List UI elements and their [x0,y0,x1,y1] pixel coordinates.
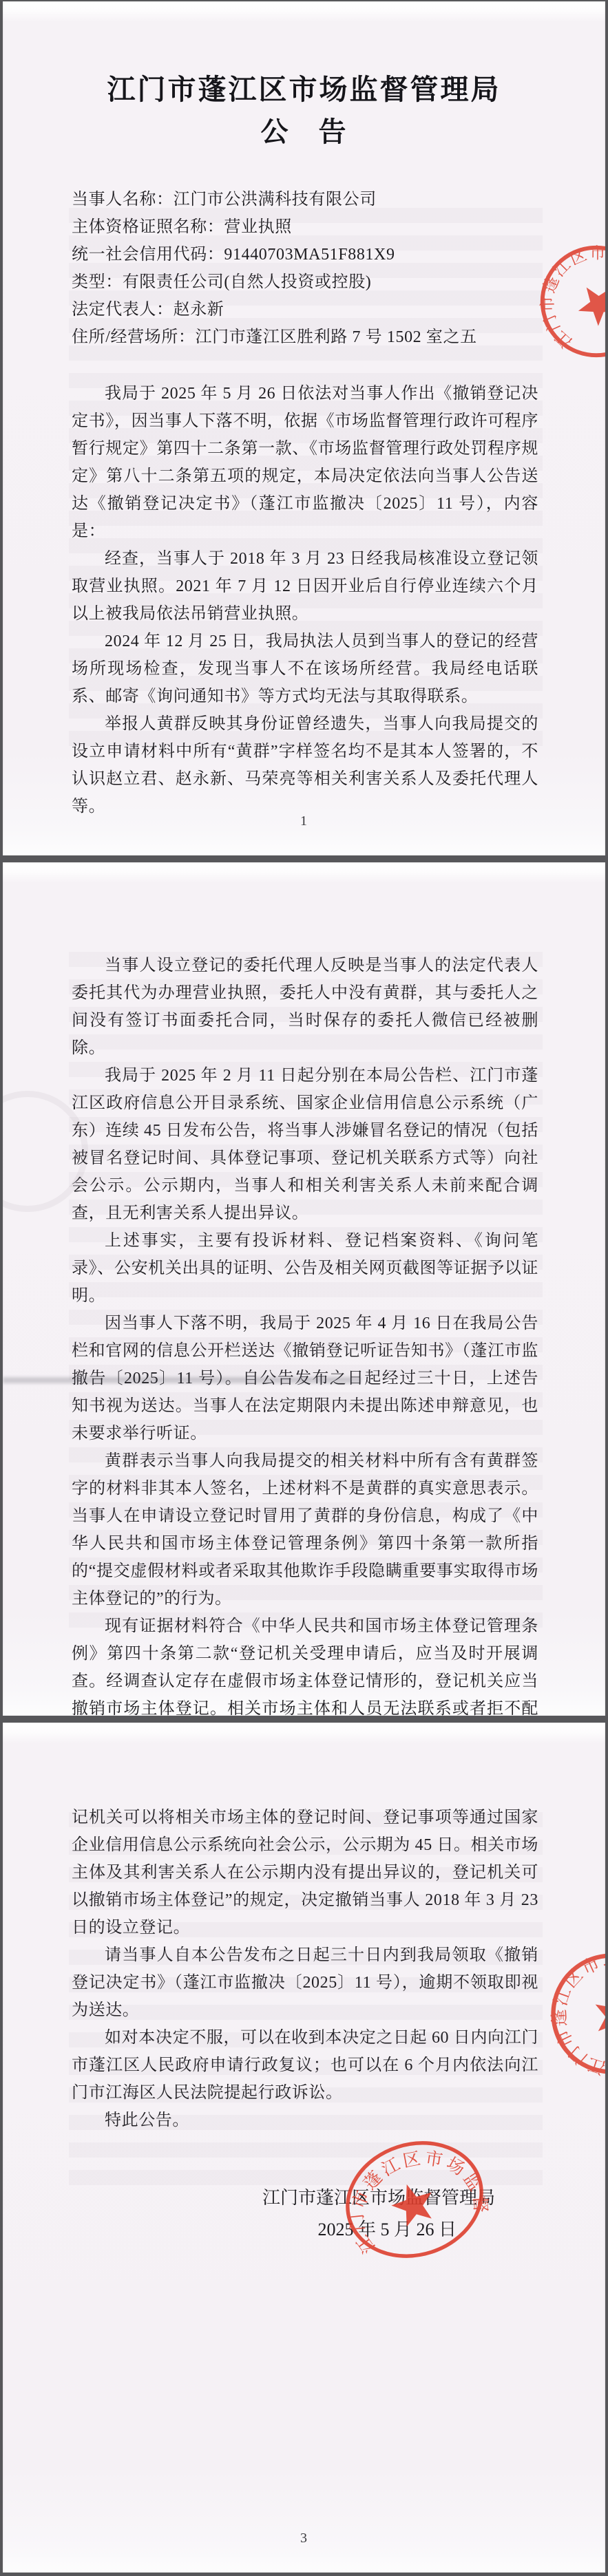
page-title: 江门市蓬江区市场监督管理局 [3,1,605,109]
page-number: 1 [3,813,605,829]
bleed-through-texture [69,208,543,758]
page-2: 当事人设立登记的委托代理人反映是当事人的法定代表人委托其代为办理营业执照，委托人… [3,862,605,1716]
scan-artifact [3,1377,361,1383]
official-seal-partial: 江门市蓬江区市场监督管理局 [536,241,605,362]
seal-text: 江门市蓬江区市场监督管理局 [536,241,605,361]
page-number: 2 [3,1674,605,1690]
bleed-through-texture [69,952,543,1640]
svg-text:江门市蓬江区市场监督管理局: 江门市蓬江区市场监督管理局 [536,241,605,361]
seal-text: 江门市蓬江区市场监督管理局 [546,1948,605,2079]
svg-text:江门市蓬江区市场监督管理局: 江门市蓬江区市场监督管理局 [546,1948,605,2079]
page-1: 江门市蓬江区市场监督管理局 公 告 当事人名称：江门市公洪满科技有限公司 主体资… [3,1,605,855]
signature-date: 2025 年 5 月 26 日 [3,2214,605,2246]
page-3: 记机关可以将相关市场主体的登记时间、登记事项等通过国家企业信用信息公示系统向社会… [3,1723,605,2573]
page-number: 3 [3,2531,605,2546]
official-seal-partial: 江门市蓬江区市场监督管理局 [546,1948,605,2079]
bleed-through-texture [69,1812,543,2197]
page-subtitle: 公 告 [3,114,605,150]
scanned-document: 江门市蓬江区市场监督管理局 公 告 当事人名称：江门市公洪满科技有限公司 主体资… [0,0,608,2576]
